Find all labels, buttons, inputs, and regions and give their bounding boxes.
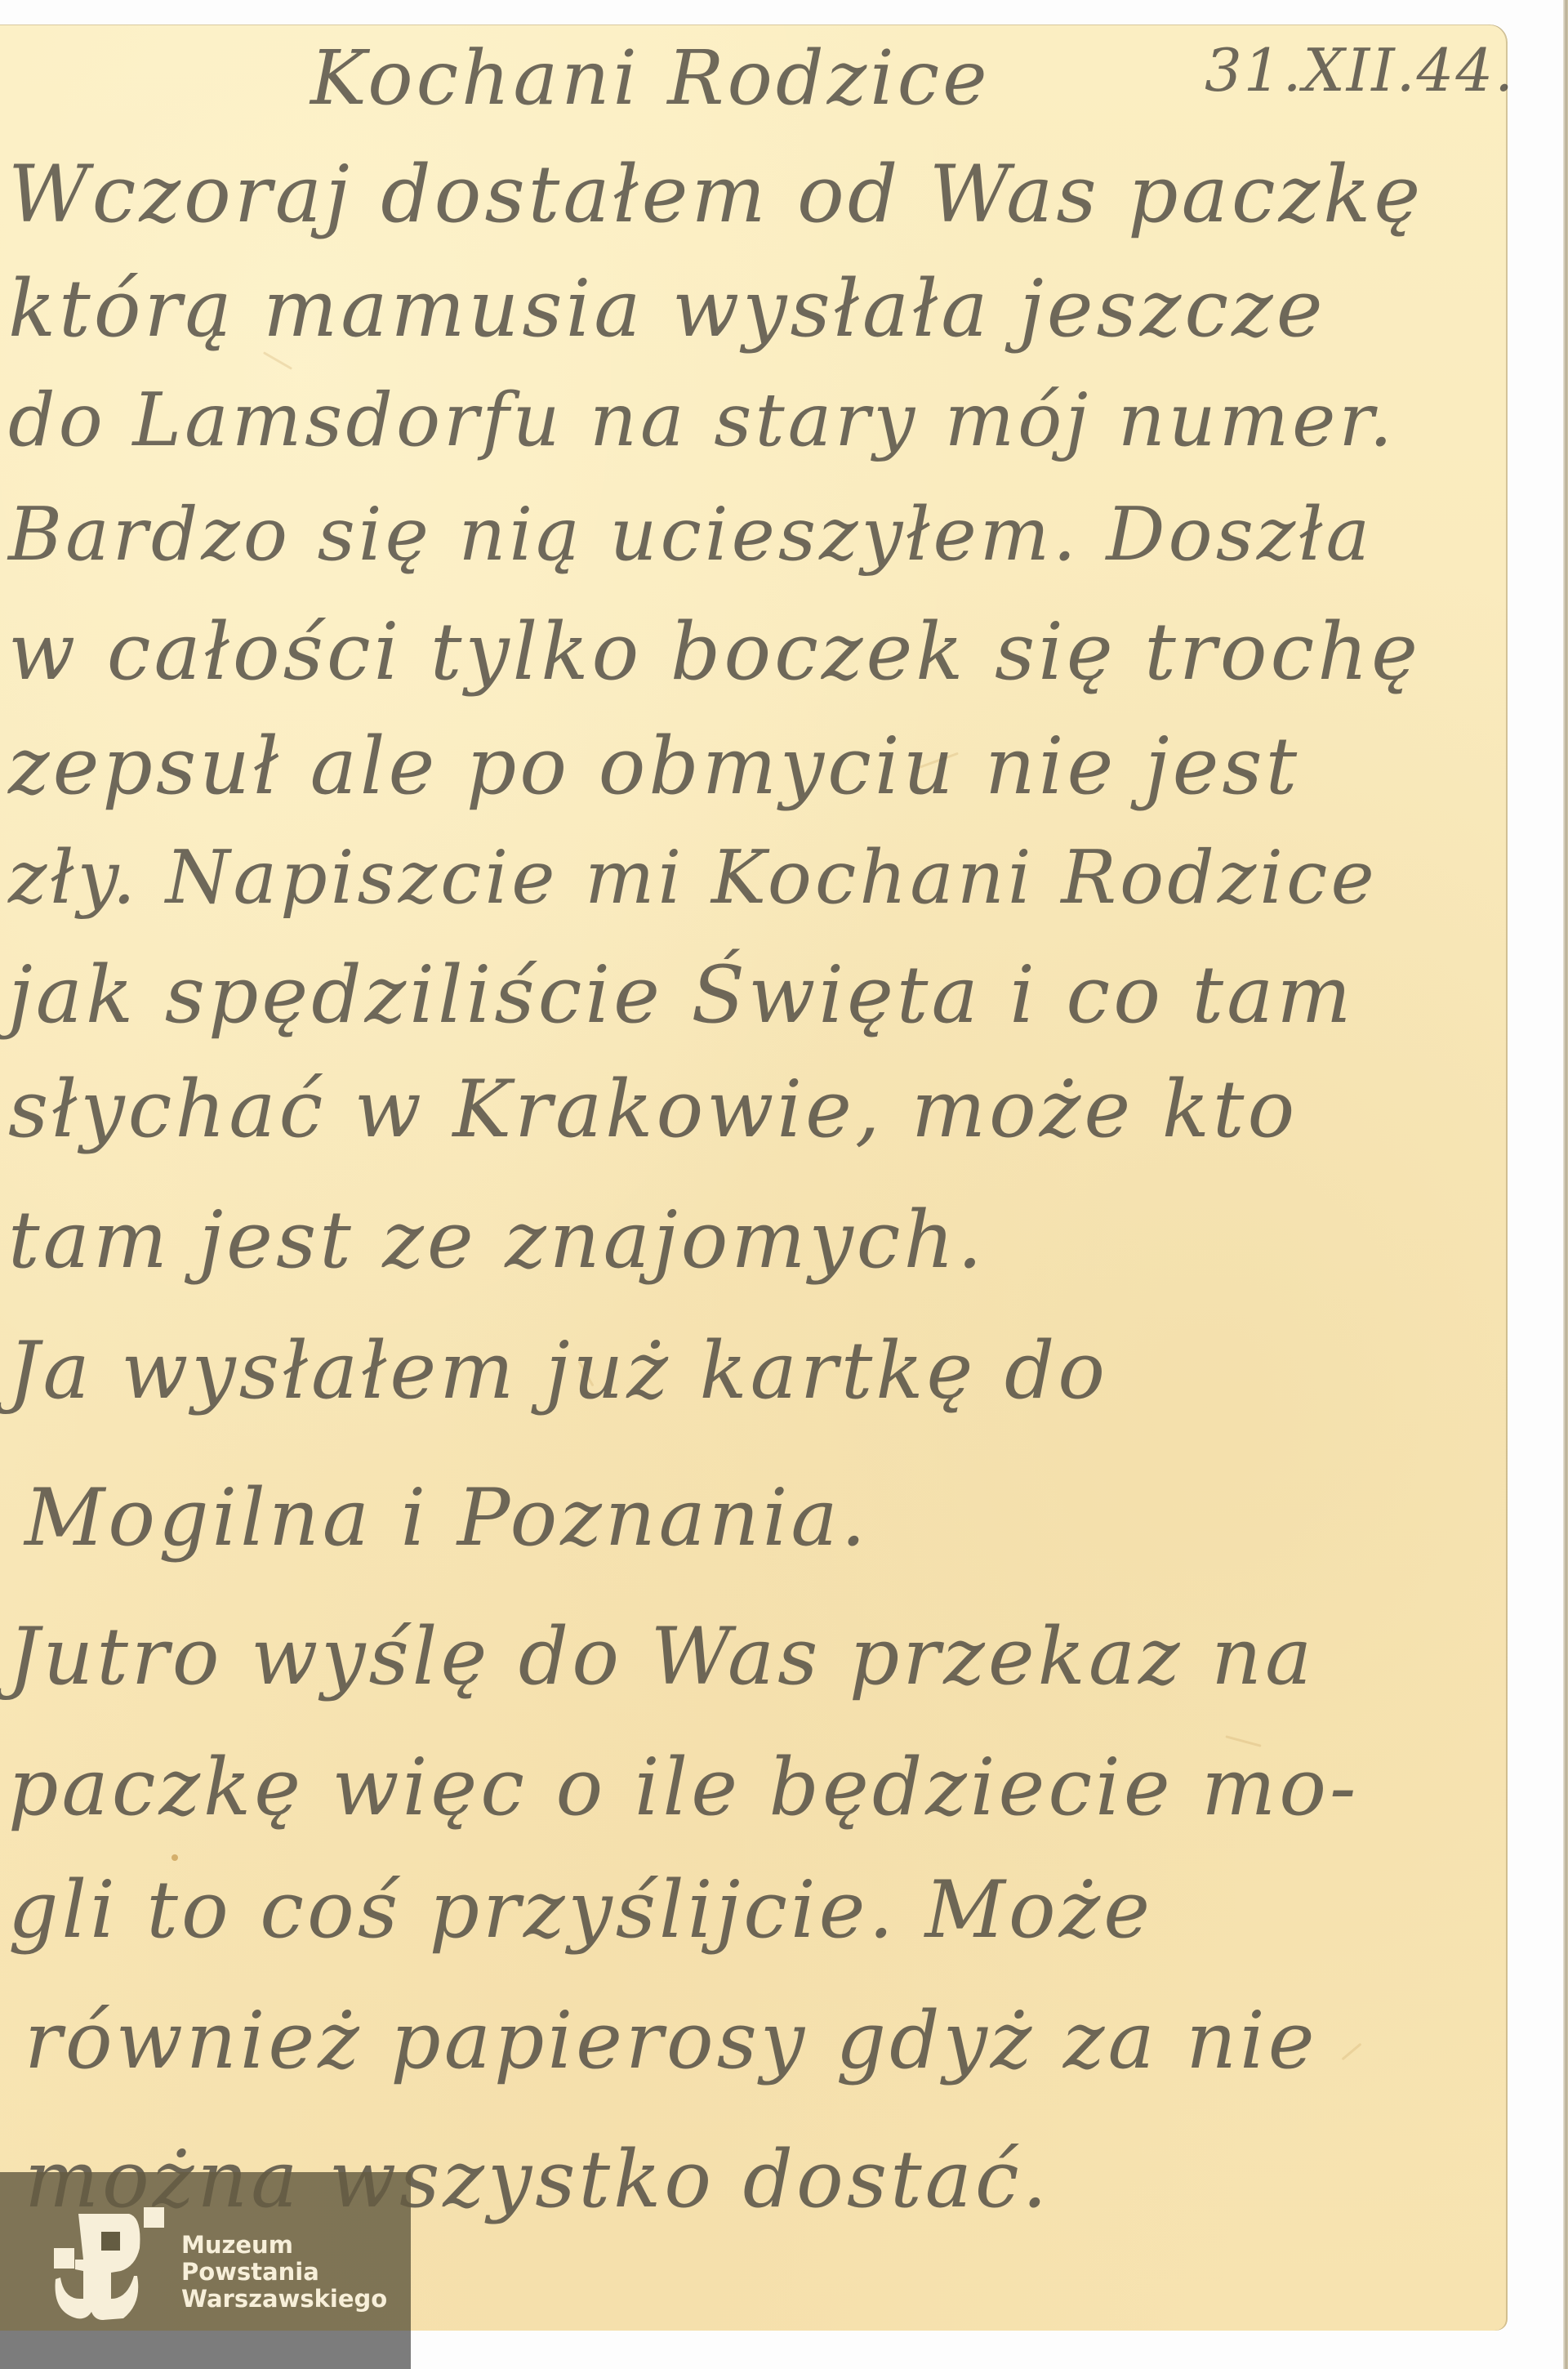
watermark-footer-strip bbox=[0, 2331, 411, 2369]
museum-name-line2: Powstania bbox=[181, 2259, 387, 2286]
museum-name-line1: Muzeum bbox=[181, 2232, 387, 2259]
museum-name: Muzeum Powstania Warszawskiego bbox=[181, 2232, 387, 2313]
letter-line: do Lamsdorfu na stary mój numer. bbox=[8, 384, 1396, 457]
letter-line: zły. Napiszcie mi Kochani Rodzice bbox=[8, 841, 1378, 915]
letter-line: Mogilna i Poznania. bbox=[24, 1479, 869, 1557]
handwritten-letter: Kochani Rodzice 31.XII.44. Wczoraj dosta… bbox=[0, 25, 1508, 2331]
letter-line: którą mamusia wysłała jeszcze bbox=[8, 270, 1326, 348]
letter-line: paczkę więc o ile będziecie mo- bbox=[8, 1748, 1359, 1827]
museum-name-line3: Warszawskiego bbox=[181, 2286, 387, 2313]
letter-line: Wczoraj dostałem od Was paczkę bbox=[8, 155, 1423, 234]
letter-line: jak spędziliście Święta i co tam bbox=[8, 956, 1354, 1034]
letter-line: Bardzo się nią ucieszyłem. Doszła bbox=[8, 498, 1373, 572]
letter-line: zepsuł ale po obmyciu nie jest bbox=[8, 727, 1300, 805]
letter-line: Jutro wyślę do Was przekaz na bbox=[8, 1617, 1315, 1696]
postcard: Kochani Rodzice 31.XII.44. Wczoraj dosta… bbox=[0, 25, 1508, 2331]
letter-greeting: Kochani Rodzice bbox=[310, 41, 991, 116]
letter-date: 31.XII.44. bbox=[1205, 41, 1515, 100]
letter-line: Ja wysłałem już kartkę do bbox=[8, 1332, 1108, 1410]
letter-line: tam jest ze znajomych. bbox=[8, 1201, 986, 1279]
letter-line: również papierosy gdyż za nie bbox=[24, 2001, 1318, 2080]
adjacent-edge bbox=[1563, 0, 1568, 2369]
kotwica-anchor-icon bbox=[54, 2207, 164, 2322]
scanned-document: Kochani Rodzice 31.XII.44. Wczoraj dosta… bbox=[0, 0, 1568, 2369]
letter-line: gli to coś przyślijcie. Może bbox=[8, 1871, 1153, 1949]
letter-line: w całości tylko boczek się trochę bbox=[8, 613, 1421, 691]
letter-line: słychać w Krakowie, może kto bbox=[8, 1070, 1298, 1149]
